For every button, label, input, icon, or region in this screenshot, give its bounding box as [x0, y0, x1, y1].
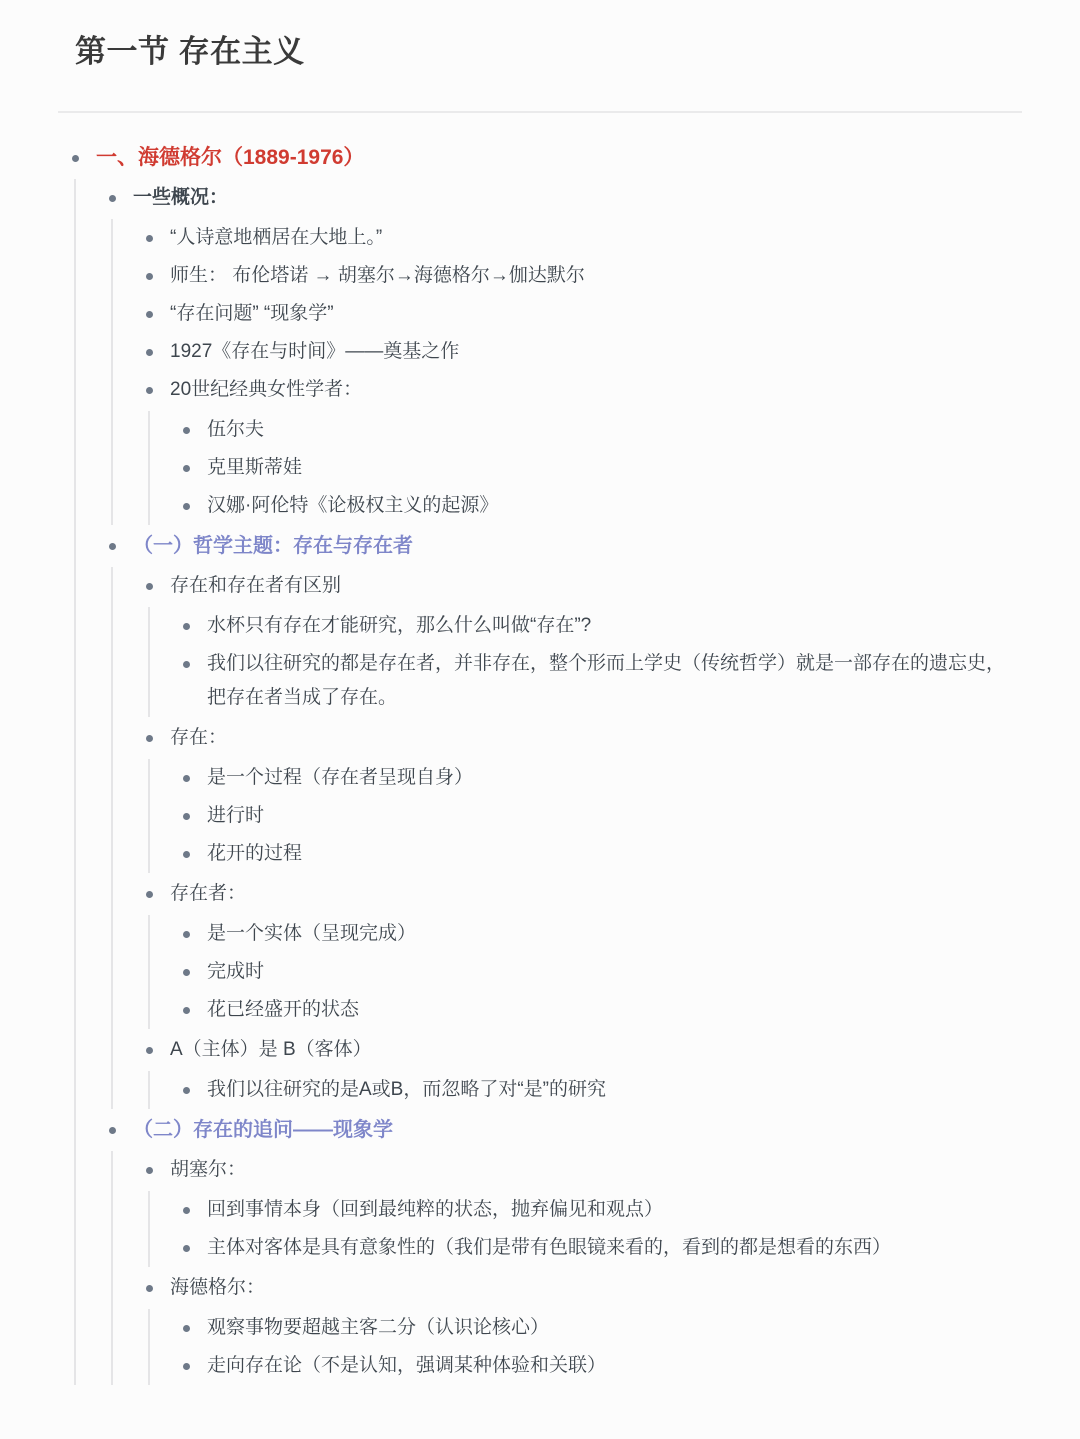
bullet-icon[interactable] [146, 891, 153, 898]
bullet-icon[interactable] [146, 311, 153, 318]
outline-item: 存在：是一个过程（存在者呈现自身）进行时花开的过程 [146, 719, 1022, 873]
bullet-icon[interactable] [146, 273, 153, 280]
outline-row[interactable]: 回到事情本身（回到最纯粹的状态，抛弃偏见和观点） [183, 1191, 1022, 1229]
bullet-icon[interactable] [183, 969, 190, 976]
outline-text[interactable]: “存在问题” “现象学” [170, 297, 334, 331]
outline-item: 一、海德格尔（1889-1976）一些概况：“人诗意地栖居在大地上。”师生： 布… [72, 139, 1022, 1385]
bullet-icon[interactable] [146, 1167, 153, 1174]
bullet-icon[interactable] [183, 1325, 190, 1332]
outline-row[interactable]: 我们以往研究的都是存在者，并非存在，整个形而上学史（传统哲学）就是一部存在的遗忘… [183, 645, 1022, 717]
outline-text[interactable]: 花已经盛开的状态 [207, 993, 359, 1027]
outline-row[interactable]: 是一个过程（存在者呈现自身） [183, 759, 1022, 797]
outline-text[interactable]: （一）哲学主题：存在与存在者 [133, 529, 413, 563]
outline-children: 水杯只有存在才能研究，那么什么叫做“存在”?我们以往研究的都是存在者，并非存在，… [148, 607, 1022, 717]
outline-text[interactable]: 师生： 布伦塔诺 → 胡塞尔→海德格尔→伽达默尔 [170, 259, 585, 293]
outline-item: 一些概况：“人诗意地栖居在大地上。”师生： 布伦塔诺 → 胡塞尔→海德格尔→伽达… [109, 179, 1022, 525]
outline-item: 我们以往研究的都是存在者，并非存在，整个形而上学史（传统哲学）就是一部存在的遗忘… [183, 645, 1022, 717]
outline-text[interactable]: 一些概况： [133, 181, 228, 215]
outline-row[interactable]: 是一个实体（呈现完成） [183, 915, 1022, 953]
bullet-icon[interactable] [183, 503, 190, 510]
outline-children: 存在和存在者有区别水杯只有存在才能研究，那么什么叫做“存在”?我们以往研究的都是… [111, 567, 1022, 1109]
outline-text[interactable]: 是一个过程（存在者呈现自身） [207, 761, 473, 795]
bullet-icon[interactable] [183, 1245, 190, 1252]
bullet-icon[interactable] [109, 543, 116, 550]
outline-text[interactable]: 海德格尔： [170, 1271, 265, 1305]
outline-row[interactable]: 存在者： [146, 875, 1022, 913]
outline-text[interactable]: 我们以往研究的都是存在者，并非存在，整个形而上学史（传统哲学）就是一部存在的遗忘… [207, 647, 1022, 715]
outline-item: 主体对客体是具有意象性的（我们是带有色眼镜来看的，看到的都是想看的东西） [183, 1229, 1022, 1267]
outline-item: 花已经盛开的状态 [183, 991, 1022, 1029]
outline-row[interactable]: 完成时 [183, 953, 1022, 991]
outline-row[interactable]: 20世纪经典女性学者： [146, 371, 1022, 409]
bullet-icon[interactable] [146, 735, 153, 742]
outline-item: 进行时 [183, 797, 1022, 835]
outline-text[interactable]: 胡塞尔： [170, 1153, 246, 1187]
outline-item: 观察事物要超越主客二分（认识论核心） [183, 1309, 1022, 1347]
outline-text[interactable]: 观察事物要超越主客二分（认识论核心） [207, 1311, 549, 1345]
outline-text[interactable]: 汉娜·阿伦特《论极权主义的起源》 [207, 489, 498, 523]
outline-row[interactable]: 主体对客体是具有意象性的（我们是带有色眼镜来看的，看到的都是想看的东西） [183, 1229, 1022, 1267]
outline-text[interactable]: 完成时 [207, 955, 264, 989]
outline-row[interactable]: （二）存在的追问——现象学 [109, 1111, 1022, 1149]
outline-row[interactable]: 师生： 布伦塔诺 → 胡塞尔→海德格尔→伽达默尔 [146, 257, 1022, 295]
bullet-icon[interactable] [183, 1007, 190, 1014]
outline-row[interactable]: 伍尔夫 [183, 411, 1022, 449]
outline-item: 20世纪经典女性学者：伍尔夫克里斯蒂娃汉娜·阿伦特《论极权主义的起源》 [146, 371, 1022, 525]
outline-children: 我们以往研究的是A或B，而忽略了对“是”的研究 [148, 1071, 1022, 1109]
outline-children: 胡塞尔：回到事情本身（回到最纯粹的状态，抛弃偏见和观点）主体对客体是具有意象性的… [111, 1151, 1022, 1385]
outline-row[interactable]: 进行时 [183, 797, 1022, 835]
bullet-icon[interactable] [183, 661, 190, 668]
outline-item: A（主体）是 B（客体）我们以往研究的是A或B，而忽略了对“是”的研究 [146, 1031, 1022, 1109]
outline-row[interactable]: 汉娜·阿伦特《论极权主义的起源》 [183, 487, 1022, 525]
outline-row[interactable]: A（主体）是 B（客体） [146, 1031, 1022, 1069]
outline-row[interactable]: 海德格尔： [146, 1269, 1022, 1307]
bullet-icon[interactable] [146, 1047, 153, 1054]
bullet-icon[interactable] [72, 155, 79, 162]
bullet-icon[interactable] [146, 583, 153, 590]
outline-item: 完成时 [183, 953, 1022, 991]
outline-row[interactable]: “人诗意地栖居在大地上。” [146, 219, 1022, 257]
bullet-icon[interactable] [183, 775, 190, 782]
outline-item: 回到事情本身（回到最纯粹的状态，抛弃偏见和观点） [183, 1191, 1022, 1229]
bullet-icon[interactable] [146, 1285, 153, 1292]
outline-row[interactable]: 一、海德格尔（1889-1976） [72, 139, 1022, 177]
bullet-icon[interactable] [183, 623, 190, 630]
outline-item: 克里斯蒂娃 [183, 449, 1022, 487]
outline-children: 是一个过程（存在者呈现自身）进行时花开的过程 [148, 759, 1022, 873]
outline-item: （一）哲学主题：存在与存在者存在和存在者有区别水杯只有存在才能研究，那么什么叫做… [109, 527, 1022, 1109]
outline-item: “存在问题” “现象学” [146, 295, 1022, 333]
outline-children: “人诗意地栖居在大地上。”师生： 布伦塔诺 → 胡塞尔→海德格尔→伽达默尔“存在… [111, 219, 1022, 525]
outline-item: 是一个实体（呈现完成） [183, 915, 1022, 953]
outline-text[interactable]: 一、海德格尔（1889-1976） [96, 141, 364, 175]
outline-text[interactable]: 花开的过程 [207, 837, 302, 871]
outline-item: 花开的过程 [183, 835, 1022, 873]
bullet-icon[interactable] [183, 931, 190, 938]
bullet-icon[interactable] [109, 1127, 116, 1134]
outline-item: 伍尔夫 [183, 411, 1022, 449]
outline-row[interactable]: 观察事物要超越主客二分（认识论核心） [183, 1309, 1022, 1347]
outline-item: 是一个过程（存在者呈现自身） [183, 759, 1022, 797]
outline-text[interactable]: 1927《存在与时间》——奠基之作 [170, 335, 459, 369]
outline-item: （二）存在的追问——现象学胡塞尔：回到事情本身（回到最纯粹的状态，抛弃偏见和观点… [109, 1111, 1022, 1385]
outline-row[interactable]: “存在问题” “现象学” [146, 295, 1022, 333]
outline-item: 我们以往研究的是A或B，而忽略了对“是”的研究 [183, 1071, 1022, 1109]
outline-children: 是一个实体（呈现完成）完成时花已经盛开的状态 [148, 915, 1022, 1029]
outline-text[interactable]: 20世纪经典女性学者： [170, 373, 362, 407]
outline-root: 一、海德格尔（1889-1976）一些概况：“人诗意地栖居在大地上。”师生： 布… [58, 139, 1022, 1385]
outline-children: 观察事物要超越主客二分（认识论核心）走向存在论（不是认知，强调某种体验和关联） [148, 1309, 1022, 1385]
outline-children: 回到事情本身（回到最纯粹的状态，抛弃偏见和观点）主体对客体是具有意象性的（我们是… [148, 1191, 1022, 1267]
outline-children: 伍尔夫克里斯蒂娃汉娜·阿伦特《论极权主义的起源》 [148, 411, 1022, 525]
outline-item: 1927《存在与时间》——奠基之作 [146, 333, 1022, 371]
bullet-icon[interactable] [183, 465, 190, 472]
outline-text[interactable]: 我们以往研究的是A或B，而忽略了对“是”的研究 [207, 1073, 606, 1107]
outline-item: 水杯只有存在才能研究，那么什么叫做“存在”? [183, 607, 1022, 645]
outline-row[interactable]: 走向存在论（不是认知，强调某种体验和关联） [183, 1347, 1022, 1385]
outline-item: “人诗意地栖居在大地上。” [146, 219, 1022, 257]
bullet-icon[interactable] [183, 427, 190, 434]
bullet-icon[interactable] [146, 387, 153, 394]
outline-item: 存在者：是一个实体（呈现完成）完成时花已经盛开的状态 [146, 875, 1022, 1029]
bullet-icon[interactable] [183, 1207, 190, 1214]
bullet-icon[interactable] [183, 851, 190, 858]
outline-item: 存在和存在者有区别水杯只有存在才能研究，那么什么叫做“存在”?我们以往研究的都是… [146, 567, 1022, 717]
outline-row[interactable]: 1927《存在与时间》——奠基之作 [146, 333, 1022, 371]
outline-text[interactable]: 水杯只有存在才能研究，那么什么叫做“存在”? [207, 609, 591, 643]
outline-text[interactable]: 走向存在论（不是认知，强调某种体验和关联） [207, 1349, 606, 1383]
bullet-icon[interactable] [183, 1087, 190, 1094]
outline-row[interactable]: （一）哲学主题：存在与存在者 [109, 527, 1022, 565]
outline-text[interactable]: 存在者： [170, 877, 246, 911]
outline-text[interactable]: （二）存在的追问——现象学 [133, 1113, 393, 1147]
outline-text[interactable]: “人诗意地栖居在大地上。” [170, 221, 382, 255]
outline-text[interactable]: 存在： [170, 721, 227, 755]
note-page: 第一节 存在主义 一、海德格尔（1889-1976）一些概况：“人诗意地栖居在大… [0, 0, 1080, 1403]
outline-text[interactable]: 克里斯蒂娃 [207, 451, 302, 485]
outline-row[interactable]: 存在和存在者有区别 [146, 567, 1022, 605]
outline-children: 一些概况：“人诗意地栖居在大地上。”师生： 布伦塔诺 → 胡塞尔→海德格尔→伽达… [74, 179, 1022, 1385]
outline-item: 胡塞尔：回到事情本身（回到最纯粹的状态，抛弃偏见和观点）主体对客体是具有意象性的… [146, 1151, 1022, 1267]
bullet-icon[interactable] [183, 813, 190, 820]
bullet-icon[interactable] [183, 1363, 190, 1370]
bullet-icon[interactable] [109, 195, 116, 202]
bullet-icon[interactable] [146, 235, 153, 242]
bullet-icon[interactable] [146, 349, 153, 356]
outline-text[interactable]: 是一个实体（呈现完成） [207, 917, 416, 951]
outline-text[interactable]: 回到事情本身（回到最纯粹的状态，抛弃偏见和观点） [207, 1193, 663, 1227]
outline-row[interactable]: 我们以往研究的是A或B，而忽略了对“是”的研究 [183, 1071, 1022, 1109]
outline-text[interactable]: 主体对客体是具有意象性的（我们是带有色眼镜来看的，看到的都是想看的东西） [207, 1231, 891, 1265]
outline-text[interactable]: A（主体）是 B（客体） [170, 1033, 372, 1067]
outline-row[interactable]: 花已经盛开的状态 [183, 991, 1022, 1029]
outline-item: 师生： 布伦塔诺 → 胡塞尔→海德格尔→伽达默尔 [146, 257, 1022, 295]
outline-row[interactable]: 一些概况： [109, 179, 1022, 217]
outline-item: 海德格尔：观察事物要超越主客二分（认识论核心）走向存在论（不是认知，强调某种体验… [146, 1269, 1022, 1385]
outline-item: 走向存在论（不是认知，强调某种体验和关联） [183, 1347, 1022, 1385]
outline-text[interactable]: 伍尔夫 [207, 413, 264, 447]
outline-row[interactable]: 胡塞尔： [146, 1151, 1022, 1189]
outline-text[interactable]: 进行时 [207, 799, 264, 833]
outline-row[interactable]: 克里斯蒂娃 [183, 449, 1022, 487]
page-title[interactable]: 第一节 存在主义 [75, 26, 1022, 71]
outline-item: 汉娜·阿伦特《论极权主义的起源》 [183, 487, 1022, 525]
outline-row[interactable]: 水杯只有存在才能研究，那么什么叫做“存在”? [183, 607, 1022, 645]
outline-row[interactable]: 存在： [146, 719, 1022, 757]
outline-text[interactable]: 存在和存在者有区别 [170, 569, 341, 603]
outline-row[interactable]: 花开的过程 [183, 835, 1022, 873]
title-divider [58, 111, 1022, 113]
